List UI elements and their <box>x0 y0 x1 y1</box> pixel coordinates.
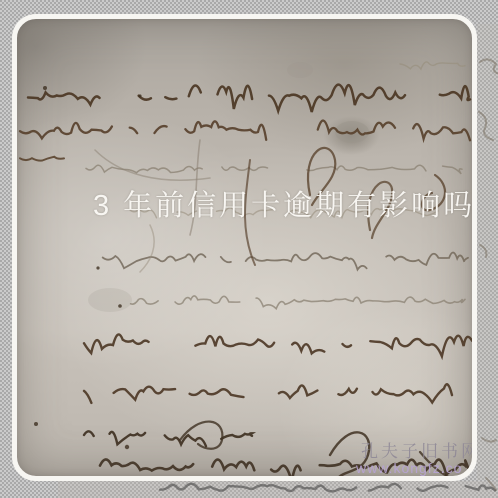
watermark-site-name: 孔夫子旧书网 <box>361 437 477 462</box>
transparency-canvas: 3 年前信用卡逾期有影响吗 孔夫子旧书网 www.kongfz.co <box>0 0 498 498</box>
watermark-site-url: www.kongfz.co <box>356 460 462 476</box>
manuscript-photo: 3 年前信用卡逾期有影响吗 孔夫子旧书网 www.kongfz.co <box>12 14 477 481</box>
overlay-title: 3 年前信用卡逾期有影响吗 <box>93 189 475 223</box>
manuscript-script-svg <box>12 14 477 481</box>
